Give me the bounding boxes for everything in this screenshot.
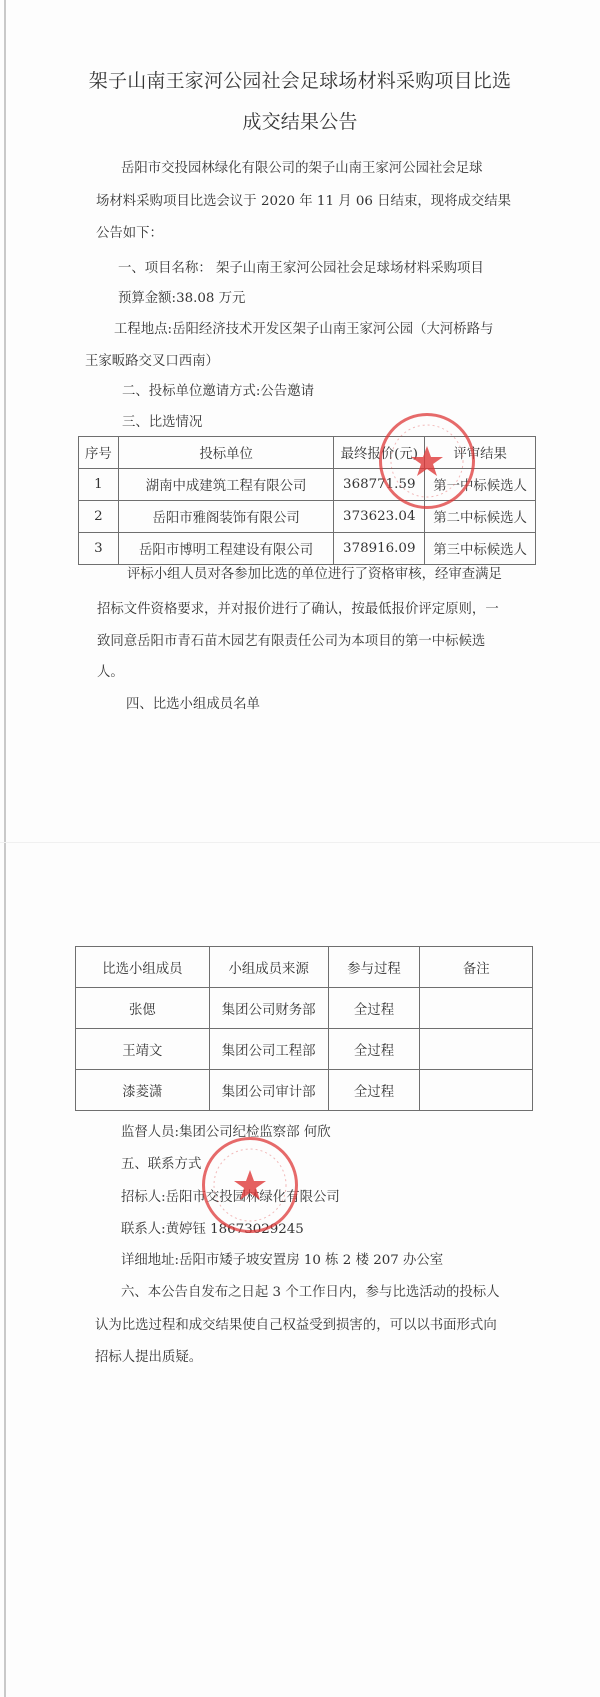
page-break — [0, 842, 600, 843]
objection-line1: 六、本公告自发布之日起 3 个工作日内，参与比选活动的投标人 — [121, 1281, 500, 1300]
intro-line3: 公告如下： — [96, 222, 163, 241]
bid-company: 岳阳市雅阁装饰有限公司 — [118, 501, 334, 533]
header-cell: 备注 — [420, 947, 533, 988]
bid-price: 368771.59 — [334, 469, 425, 501]
bid-price: 378916.09 — [334, 533, 425, 565]
project-location-line2: 王家畈路交叉口西南） — [85, 350, 219, 369]
header-cell: 参与过程 — [328, 947, 420, 988]
section4-heading: 四、比选小组成员名单 — [126, 693, 260, 712]
page-edge-rule — [4, 0, 6, 1697]
header-cell: 投标单位 — [118, 437, 334, 469]
member-process: 全过程 — [328, 988, 420, 1029]
header-cell: 评审结果 — [425, 437, 536, 469]
section5-heading: 五、联系方式 — [121, 1153, 201, 1172]
intro-line1: 岳阳市交投园林绿化有限公司的架子山南王家河公园社会足球 — [121, 157, 483, 176]
table-row: 1 湖南中成建筑工程有限公司 368771.59 第一中标候选人 — [79, 469, 536, 501]
project-name: 一、项目名称： 架子山南王家河公园社会足球场材料采购项目 — [118, 257, 484, 276]
bid-index: 3 — [79, 533, 119, 565]
bid-result: 第二中标候选人 — [425, 501, 536, 533]
section3-heading: 三、比选情况 — [122, 411, 202, 430]
members-table: 比选小组成员 小组成员来源 参与过程 备注 张偲 集团公司财务部 全过程 王靖文… — [75, 946, 533, 1111]
table-header-row: 序号 投标单位 最终报价(元) 评审结果 — [79, 437, 536, 469]
bid-company: 岳阳市博明工程建设有限公司 — [118, 533, 334, 565]
member-source: 集团公司审计部 — [209, 1070, 328, 1111]
header-cell: 序号 — [79, 437, 119, 469]
supervisor: 监督人员:集团公司纪检监察部 何欣 — [121, 1121, 331, 1140]
member-source: 集团公司工程部 — [209, 1029, 328, 1070]
review-line4: 人。 — [97, 661, 124, 680]
member-source: 集团公司财务部 — [209, 988, 328, 1029]
review-line1: 评标小组人员对各参加比选的单位进行了资格审核，经审查满足 — [127, 563, 502, 582]
budget-amount: 预算金额:38.08 万元 — [118, 287, 245, 306]
member-note — [420, 988, 533, 1029]
header-cell: 最终报价(元) — [334, 437, 425, 469]
intro-line2: 场材料采购项目比选会议于 2020 年 11 月 06 日结束，现将成交结果 — [96, 190, 511, 209]
table-row: 2 岳阳市雅阁装饰有限公司 373623.04 第二中标候选人 — [79, 501, 536, 533]
header-cell: 小组成员来源 — [209, 947, 328, 988]
table-row: 3 岳阳市博明工程建设有限公司 378916.09 第三中标候选人 — [79, 533, 536, 565]
member-name: 王靖文 — [76, 1029, 210, 1070]
document-title-line1: 架子山南王家河公园社会足球场材料采购项目比选 — [0, 66, 600, 93]
objection-line3: 招标人提出质疑。 — [95, 1346, 202, 1365]
objection-line2: 认为比选过程和成交结果使自己权益受到损害的，可以以书面形式向 — [95, 1314, 497, 1333]
member-process: 全过程 — [328, 1070, 420, 1111]
contact-person: 联系人:黄婷钰 18673029245 — [121, 1218, 304, 1237]
document-title-line2: 成交结果公告 — [0, 107, 600, 134]
bid-result: 第一中标候选人 — [425, 469, 536, 501]
bid-price: 373623.04 — [334, 501, 425, 533]
bids-table: 序号 投标单位 最终报价(元) 评审结果 1 湖南中成建筑工程有限公司 3687… — [78, 436, 536, 565]
bid-index: 2 — [79, 501, 119, 533]
contact-tenderer: 招标人:岳阳市交投园林绿化有限公司 — [121, 1186, 340, 1205]
contact-address: 详细地址:岳阳市矮子坡安置房 10 栋 2 楼 207 办公室 — [121, 1249, 443, 1268]
member-name: 张偲 — [76, 988, 210, 1029]
member-name: 漆菱潇 — [76, 1070, 210, 1111]
table-row: 张偲 集团公司财务部 全过程 — [76, 988, 533, 1029]
project-location-line1: 工程地点:岳阳经济技术开发区架子山南王家河公园（大河桥路与 — [114, 318, 493, 337]
bid-index: 1 — [79, 469, 119, 501]
table-row: 漆菱潇 集团公司审计部 全过程 — [76, 1070, 533, 1111]
review-line2: 招标文件资格要求，并对报价进行了确认，按最低报价评定原则，一 — [97, 598, 499, 617]
bid-result: 第三中标候选人 — [425, 533, 536, 565]
header-cell: 比选小组成员 — [76, 947, 210, 988]
table-header-row: 比选小组成员 小组成员来源 参与过程 备注 — [76, 947, 533, 988]
member-process: 全过程 — [328, 1029, 420, 1070]
review-line3: 致同意岳阳市青石苗木园艺有限责任公司为本项目的第一中标候选 — [97, 630, 485, 649]
invitation-method: 二、投标单位邀请方式:公告邀请 — [122, 380, 314, 399]
member-note — [420, 1070, 533, 1111]
star-icon — [205, 1140, 295, 1230]
member-note — [420, 1029, 533, 1070]
table-row: 王靖文 集团公司工程部 全过程 — [76, 1029, 533, 1070]
bid-company: 湖南中成建筑工程有限公司 — [118, 469, 334, 501]
